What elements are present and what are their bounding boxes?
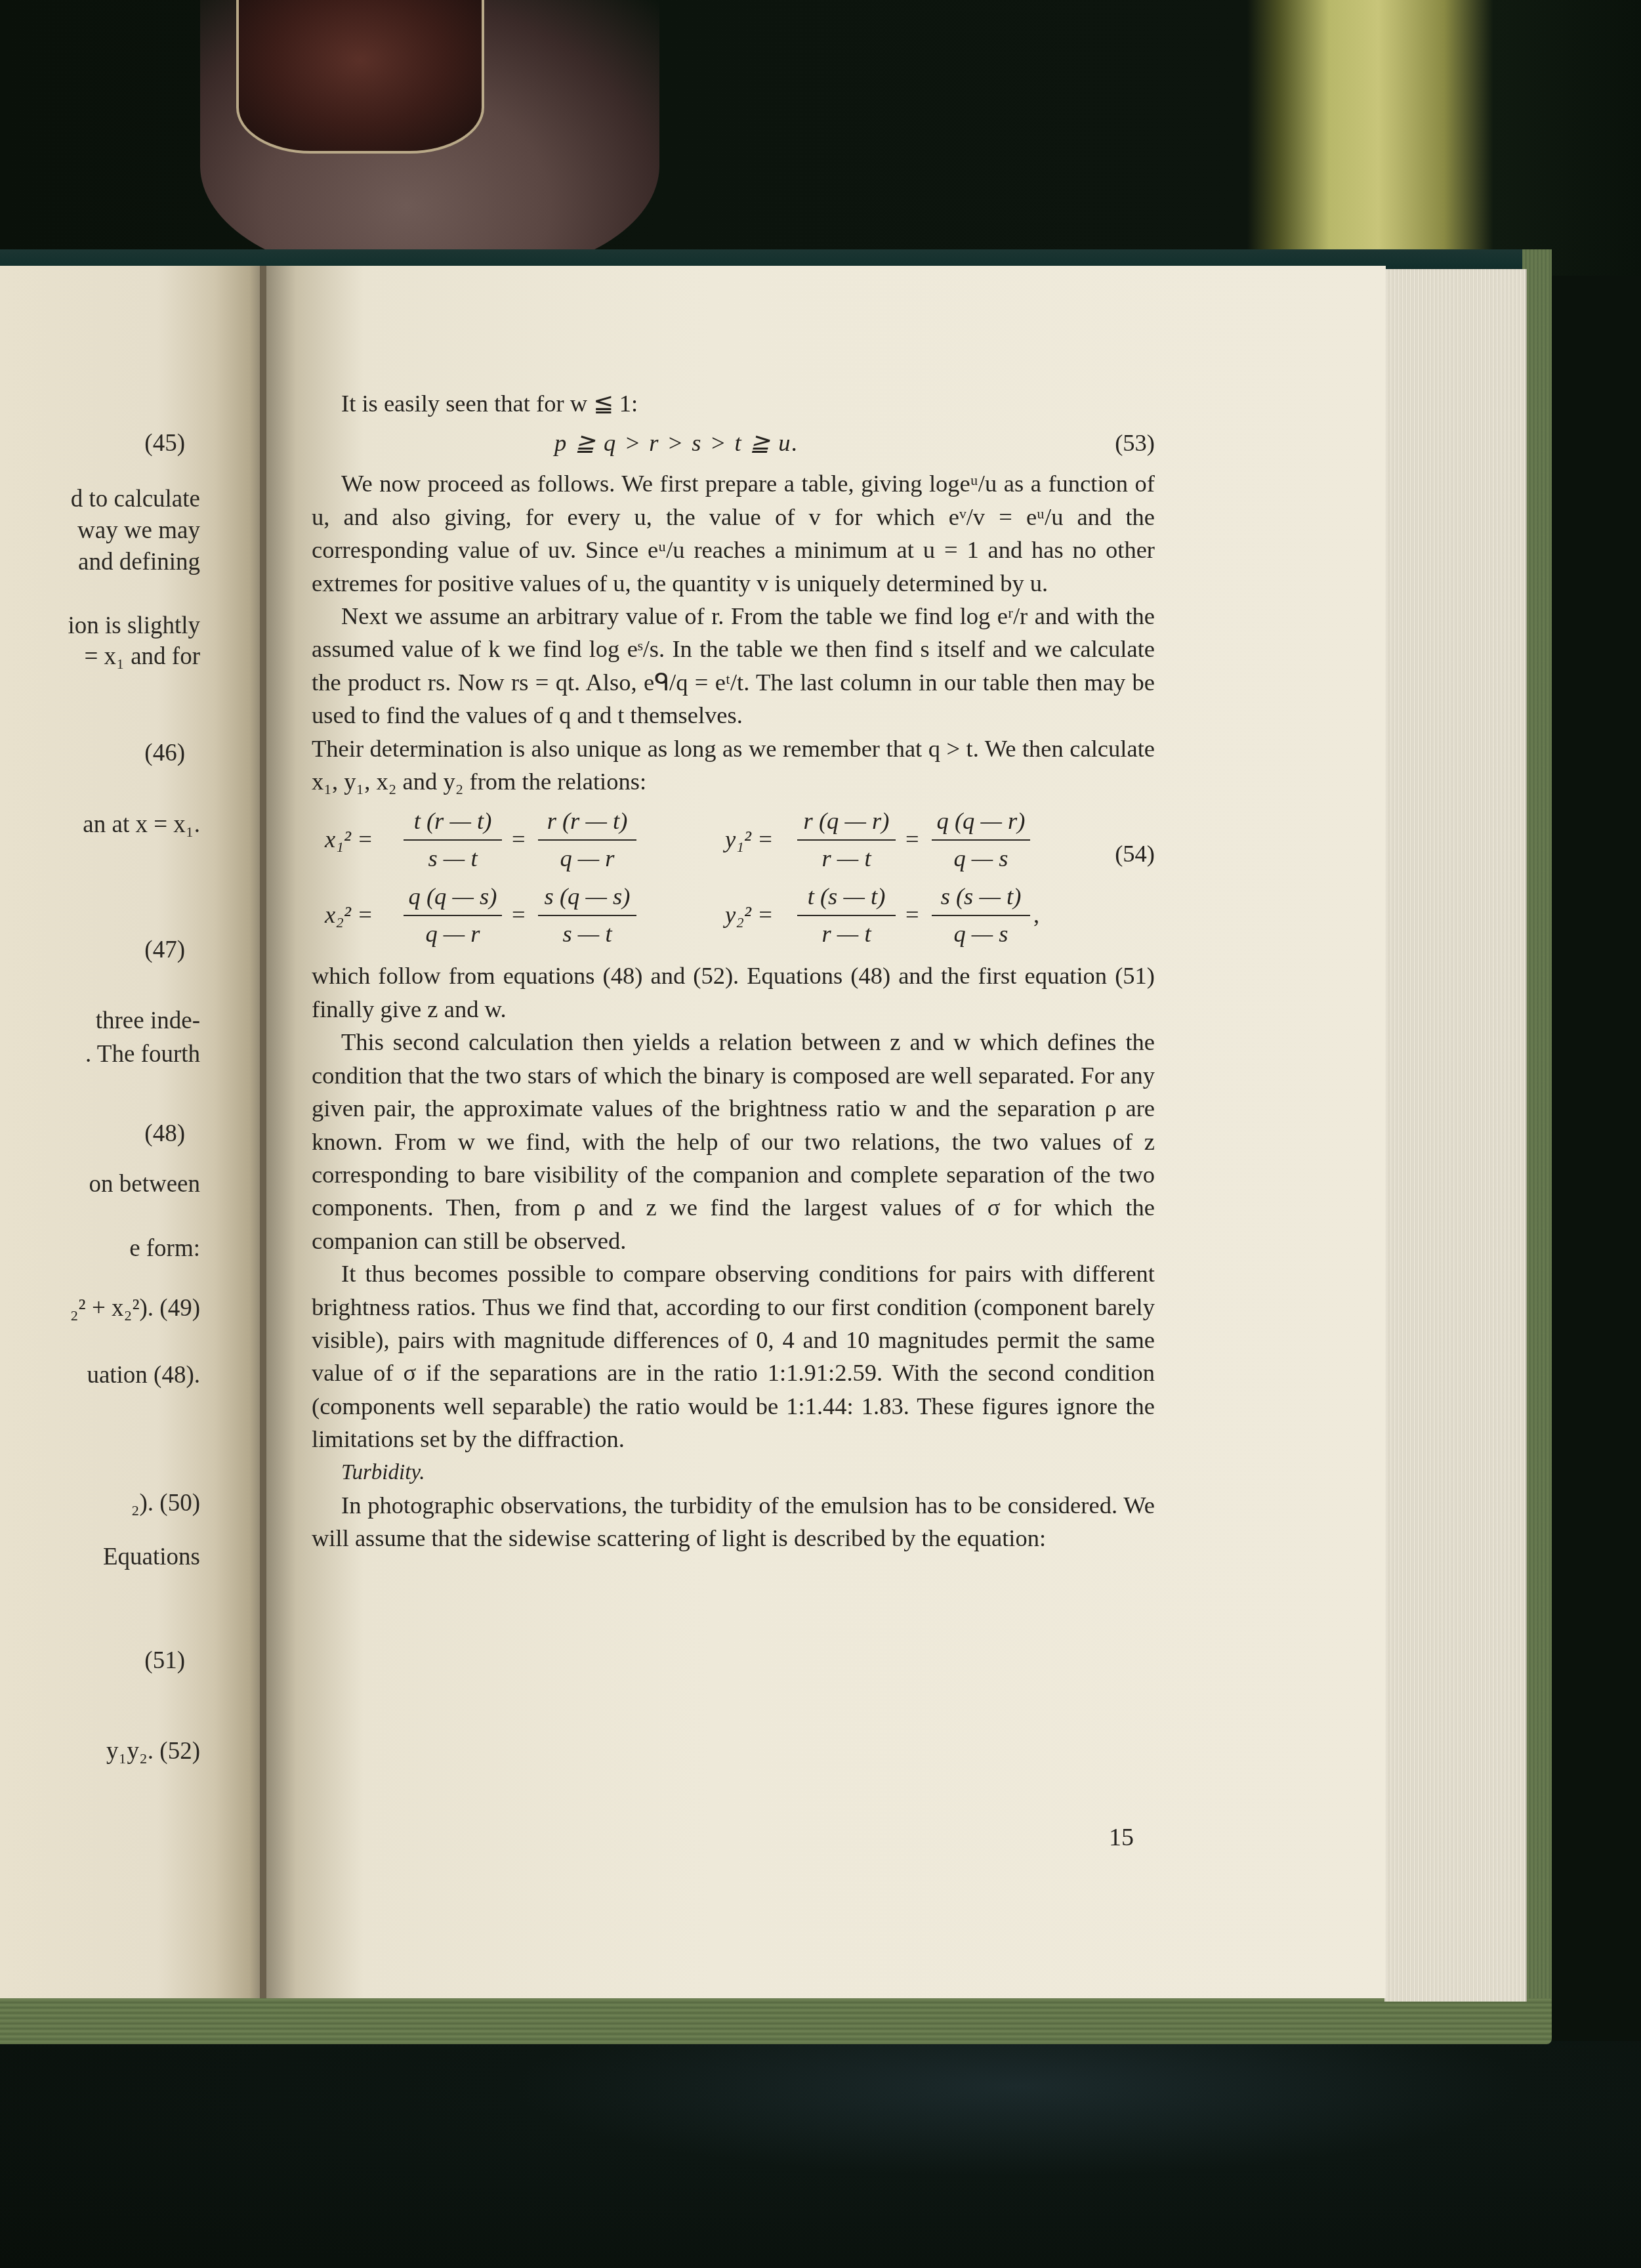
equals-sign: = [512,898,526,931]
book-gutter [260,266,266,1998]
left-page: (45)d to calculateway we mayand defining… [0,266,262,1998]
left-page-fragment: e form: [129,1236,200,1261]
equals-sign: = [905,823,919,856]
equals-sign: = [512,823,526,856]
left-page-fragment: (47) [144,938,185,962]
left-page-fragment: ₂). (50) [131,1491,200,1515]
left-page-fragment: on between [89,1172,200,1196]
equation-54-row-1: x₁² = t (r — t)s — t = r (r — t)q — r y₁… [312,805,1155,870]
left-page-fragment: (48) [144,1122,185,1146]
paragraph-second-calculation: This second calculation then yields a re… [312,1026,1155,1257]
fraction: s (s — t)q — s [932,880,1030,950]
left-page-fragment: = x₁ and for [84,644,200,669]
equation-53-expr: p ≧ q > r > s > t ≧ u. [554,427,799,459]
page-stack-edge [1384,269,1527,2002]
paragraph-compare: It thus becomes possible to compare obse… [312,1257,1155,1456]
left-page-fragment: three inde- [96,1009,200,1033]
left-page-fragment: (45) [144,431,185,455]
y1-squared-lhs: y₁² = [725,823,774,856]
left-page-fragment: ₂² + x₂²). (49) [70,1296,200,1320]
fraction: q (q — s)q — r [404,880,502,950]
equals-sign: = [905,898,919,931]
wristwatch-photo [236,0,484,154]
left-page-fragment: and defining [78,550,200,574]
left-page-fragment: an at x = x₁. [83,812,200,837]
equation-54-number: (54) [1115,837,1155,870]
fraction: r (q — r)r — t [797,805,896,875]
left-page-fragment: ion is slightly [68,614,200,638]
equation-53-number: (53) [1115,427,1155,459]
fraction: t (s — t)r — t [797,880,896,950]
paragraph-table: We now proceed as follows. We first prep… [312,467,1155,600]
fraction: r (r — t)q — r [538,805,636,875]
left-page-fragment: y₁y₂. (52) [106,1739,200,1763]
fraction: s (q — s)s — t [538,880,636,950]
left-page-fragment: . The fourth [85,1042,200,1066]
fraction: q (q — r)q — s [932,805,1030,875]
left-page-fragment: d to calculate [71,487,200,511]
left-page-fragment: (46) [144,741,185,765]
y2-squared-lhs: y₂² = [725,898,774,931]
left-page-fragment: (51) [144,1648,185,1673]
paragraph-intro: It is easily seen that for w ≦ 1: [312,387,1155,420]
fraction: t (r — t)s — t [404,805,502,875]
left-page-fragment: way we may [77,518,200,543]
book-cover-bottom-edge [0,1998,1552,2044]
equation-54-row-2: x₂² = q (q — s)q — r = s (q — s)s — t y₂… [312,880,1155,946]
paragraph-turbidity: In photographic observations, the turbid… [312,1489,1155,1555]
trailing-comma: , [1033,898,1039,931]
right-page-text: It is easily seen that for w ≦ 1: p ≧ q … [312,387,1155,1555]
left-page-fragment: uation (48). [87,1363,200,1387]
paragraph-arbitrary-r: Next we assume an arbitrary value of r. … [312,600,1155,732]
left-page-fragment: Equations [103,1545,200,1569]
x1-squared-lhs: x₁² = [325,823,373,856]
equation-54: x₁² = t (r — t)s — t = r (r — t)q — r y₁… [312,805,1155,955]
background-bottom [0,2041,1641,2268]
paragraph-determination: Their determination is also unique as lo… [312,732,1155,799]
section-heading-turbidity: Turbidity. [341,1456,1155,1489]
paragraph-follow: which follow from equations (48) and (52… [312,959,1155,1026]
page-number: 15 [1109,1823,1134,1852]
equation-53: p ≧ q > r > s > t ≧ u. (53) [312,424,1155,462]
x2-squared-lhs: x₂² = [325,898,373,931]
